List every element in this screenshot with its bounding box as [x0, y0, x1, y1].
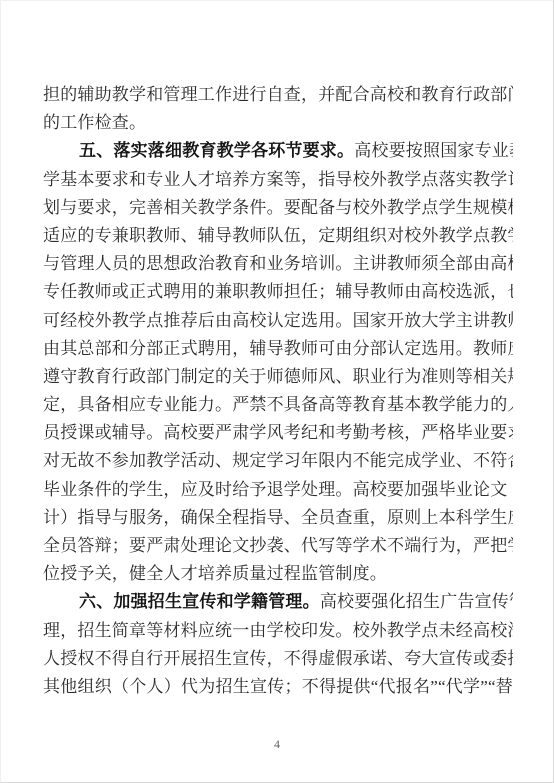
text-line: 学基本要求和专业人才培养方案等，指导校外教学点落实教学计: [43, 166, 513, 194]
text-line-content: 可经校外教学点推荐后由高校认定选用。国家开放大学主讲教师: [43, 311, 513, 330]
text-line: 员授课或辅导。高校要严肃学风考纪和考勤考核，严格毕业要求，: [43, 419, 513, 447]
text-line: 可经校外教学点推荐后由高校认定选用。国家开放大学主讲教师: [43, 307, 513, 335]
text-line: 位授予关，健全人才培养质量过程监管制度。: [43, 560, 513, 588]
text-line-content: 划与要求，完善相关教学条件。要配备与校外教学点学生规模相: [43, 198, 513, 217]
text-line-content: 员授课或辅导。高校要严肃学风考纪和考勤考核，严格毕业要求，: [43, 423, 513, 442]
text-line: 定，具备相应专业能力。严禁不具备高等教育基本教学能力的人: [43, 391, 513, 419]
text-line-content: 定，具备相应专业能力。严禁不具备高等教育基本教学能力的人: [43, 395, 513, 414]
document-body: 担的辅助教学和管理工作进行自查，并配合高校和教育行政部门 的工作检查。 五、落实…: [43, 81, 513, 701]
text-line: 其他组织（个人）代为招生宣传；不得提供“代报名”“代学”“替: [43, 673, 513, 701]
text-line-content: 位授予关，健全人才培养质量过程监管制度。: [43, 564, 387, 583]
text-line-content: 计）指导与服务，确保全程指导、全员查重，原则上本科学生应: [43, 508, 513, 527]
text-line-content: 由其总部和分部正式聘用，辅导教师可由分部认定选用。教师应: [43, 339, 513, 358]
text-line-content: 与管理人员的思想政治教育和业务培训。主讲教师须全部由高校: [43, 254, 513, 273]
text-line-content: 遵守教育行政部门制定的关于师德师风、职业行为准则等相关规: [43, 367, 513, 386]
text-line: 理，招生简章等材料应统一由学校印发。校外教学点未经高校法: [43, 617, 513, 645]
text-line-content: 担的辅助教学和管理工作进行自查，并配合高校和教育行政部门: [43, 85, 513, 104]
text-line: 全员答辩；要严肃处理论文抄袭、代写等学术不端行为，严把学: [43, 532, 513, 560]
text-line-content: 专任教师或正式聘用的兼职教师担任；辅导教师由高校选派，也: [43, 282, 513, 301]
document-page: 担的辅助教学和管理工作进行自查，并配合高校和教育行政部门 的工作检查。 五、落实…: [0, 0, 554, 783]
text-line: 遵守教育行政部门制定的关于师德师风、职业行为准则等相关规: [43, 363, 513, 391]
text-line: 由其总部和分部正式聘用，辅导教师可由分部认定选用。教师应: [43, 335, 513, 363]
text-line: 计）指导与服务，确保全程指导、全员查重，原则上本科学生应: [43, 504, 513, 532]
text-line-content: 对无故不参加教学活动、规定学习年限内不能完成学业、不符合: [43, 451, 513, 470]
text-line-content: 适应的专兼职教师、辅导教师队伍，定期组织对校外教学点教学: [43, 226, 513, 245]
text-line: 适应的专兼职教师、辅导教师队伍，定期组织对校外教学点教学: [43, 222, 513, 250]
section-heading-5: 五、落实落细教育教学各环节要求。: [79, 141, 354, 160]
text-line-content: 全员答辩；要严肃处理论文抄袭、代写等学术不端行为，严把学: [43, 536, 513, 555]
text-line-content: 的工作检查。: [43, 113, 146, 132]
text-line: 人授权不得自行开展招生宣传，不得虚假承诺、夸大宣传或委托: [43, 645, 513, 673]
text-line-content: 人授权不得自行开展招生宣传，不得虚假承诺、夸大宣传或委托: [43, 649, 513, 668]
section-heading-6: 六、加强招生宣传和学籍管理。: [79, 592, 320, 611]
text-line-content: 理，招生简章等材料应统一由学校印发。校外教学点未经高校法: [43, 621, 513, 640]
text-line: 毕业条件的学生，应及时给予退学处理。高校要加强毕业论文（设: [43, 476, 513, 504]
text-line-content: 高校要按照国家专业教: [354, 141, 513, 160]
text-line-content: 学基本要求和专业人才培养方案等，指导校外教学点落实教学计: [43, 170, 513, 189]
text-line: 六、加强招生宣传和学籍管理。高校要强化招生广告宣传管: [43, 588, 513, 616]
text-line: 担的辅助教学和管理工作进行自查，并配合高校和教育行政部门: [43, 81, 513, 109]
text-line: 划与要求，完善相关教学条件。要配备与校外教学点学生规模相: [43, 194, 513, 222]
text-line: 与管理人员的思想政治教育和业务培训。主讲教师须全部由高校: [43, 250, 513, 278]
page-number: 4: [1, 737, 553, 752]
text-line: 专任教师或正式聘用的兼职教师担任；辅导教师由高校选派，也: [43, 278, 513, 306]
text-line: 对无故不参加教学活动、规定学习年限内不能完成学业、不符合: [43, 447, 513, 475]
text-line-content: 毕业条件的学生，应及时给予退学处理。高校要加强毕业论文（设: [43, 480, 513, 499]
text-line: 的工作检查。: [43, 109, 513, 137]
text-line-content: 高校要强化招生广告宣传管: [320, 592, 513, 611]
text-line: 五、落实落细教育教学各环节要求。高校要按照国家专业教: [43, 137, 513, 165]
text-line-content: 其他组织（个人）代为招生宣传；不得提供“代报名”“代学”“替: [43, 677, 513, 696]
